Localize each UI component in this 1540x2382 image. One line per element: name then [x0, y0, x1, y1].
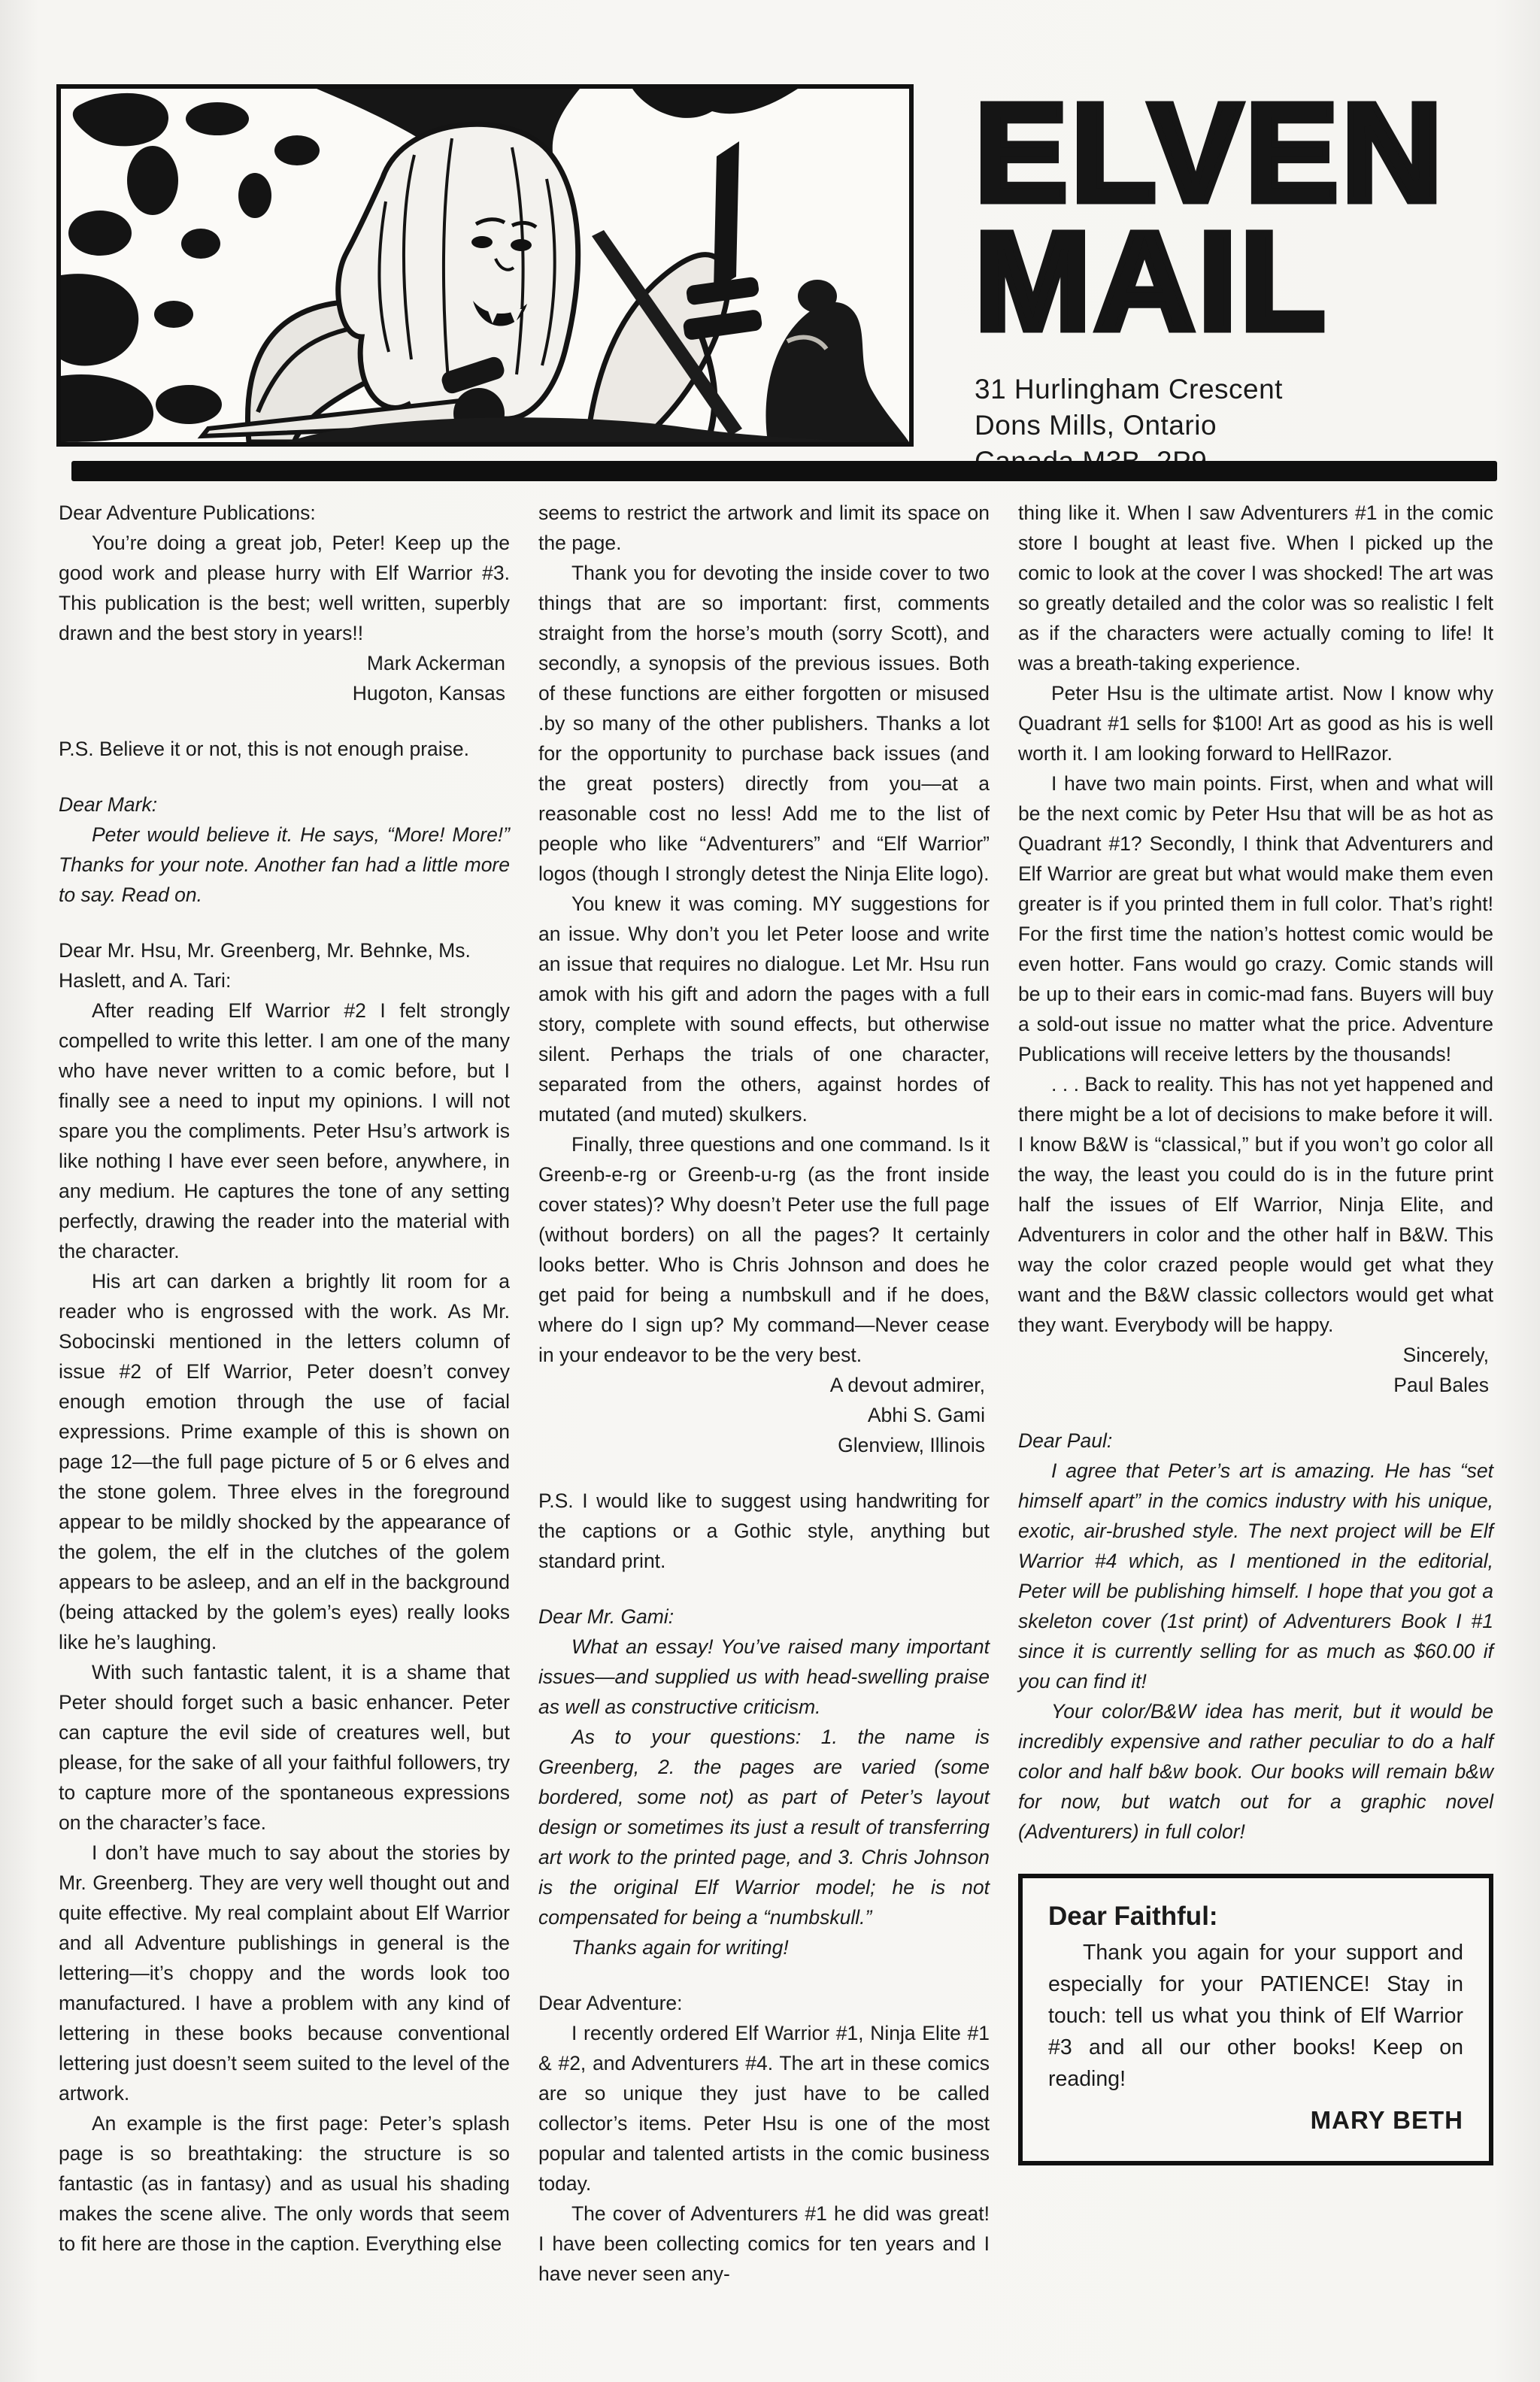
letter-sig: Glenview, Illinois	[538, 1430, 990, 1460]
letters-column-2-blocks: seems to restrict the artwork and limit …	[538, 498, 990, 2289]
letter-reply-body: I agree that Peter’s art is amazing. He …	[1018, 1456, 1493, 1696]
letter-body: An example is the first page: Peter’s sp…	[59, 2108, 510, 2259]
letter-body: I recently ordered Elf Warrior #1, Ninja…	[538, 2018, 990, 2199]
letter-salutation: Dear Mr. Hsu, Mr. Greenberg, Mr. Behnke,…	[59, 935, 510, 996]
letter-reply-body: Your color/B&W idea has merit, but it wo…	[1018, 1696, 1493, 1847]
letter-body: . . . Back to reality. This has not yet …	[1018, 1069, 1493, 1340]
letter-reply-body: As to your questions: 1. the name is Gre…	[538, 1722, 990, 1932]
letters-column-1: Dear Adventure Publications:You’re doing…	[59, 498, 510, 2259]
letter-reply-body: Thanks again for writing!	[538, 1932, 990, 1962]
letter-salutation: Dear Adventure Publications:	[59, 498, 510, 528]
letter-ps: P.S. Believe it or not, this is not enou…	[59, 734, 510, 764]
letters-column-1-blocks: Dear Adventure Publications:You’re doing…	[59, 498, 510, 2259]
letter-reply-body: Peter would believe it. He says, “More! …	[59, 820, 510, 910]
editor-note-heading: Dear Faithful:	[1048, 1901, 1463, 1932]
masthead: ELVEN MAIL 31 Hurlingham Crescent Dons M…	[975, 89, 1508, 480]
letter-sig: Abhi S. Gami	[538, 1400, 990, 1430]
editor-note-signature: MARY BETH	[1048, 2105, 1463, 2135]
header-artwork-panel	[56, 84, 914, 447]
letter-body: Peter Hsu is the ultimate artist. Now I …	[1018, 678, 1493, 768]
letter-body: I don’t have much to say about the stori…	[59, 1838, 510, 2108]
letter-body: I have two main points. First, when and …	[1018, 768, 1493, 1069]
editor-note-box: Dear Faithful: Thank you again for your …	[1018, 1874, 1493, 2165]
letter-body: You knew it was coming. MY suggestions f…	[538, 889, 990, 1129]
letter-ps: P.S. I would like to suggest using handw…	[538, 1486, 990, 1576]
letters-column-2: seems to restrict the artwork and limit …	[538, 498, 990, 2289]
letter-body: You’re doing a great job, Peter! Keep up…	[59, 528, 510, 648]
letter-sig: Mark Ackerman	[59, 648, 510, 678]
page-title: ELVEN MAIL	[975, 89, 1508, 346]
letter-reply-salutation: Dear Mark:	[59, 789, 510, 820]
address-line: Dons Mills, Ontario	[975, 408, 1508, 444]
letter-cont: seems to restrict the artwork and limit …	[538, 498, 990, 558]
letter-body: The cover of Adventurers #1 he did was g…	[538, 2199, 990, 2289]
letter-body: Finally, three questions and one command…	[538, 1129, 990, 1370]
letter-body: Thank you for devoting the inside cover …	[538, 558, 990, 889]
page-title-line1: ELVEN	[975, 89, 1508, 217]
letters-column-3-blocks: thing like it. When I saw Adventurers #1…	[1018, 498, 1493, 1847]
letter-sig: A devout admirer,	[538, 1370, 990, 1400]
letter-cont: thing like it. When I saw Adventurers #1…	[1018, 498, 1493, 678]
letter-body: After reading Elf Warrior #2 I felt stro…	[59, 996, 510, 1266]
elf-warrior-illustration	[61, 89, 909, 442]
letter-body: His art can darken a brightly lit room f…	[59, 1266, 510, 1657]
editor-note-body: Thank you again for your support and esp…	[1048, 1937, 1463, 2095]
letter-reply-body: What an essay! You’ve raised many import…	[538, 1632, 990, 1722]
page-title-line2: MAIL	[975, 217, 1508, 346]
letter-reply-salutation: Dear Mr. Gami:	[538, 1602, 990, 1632]
letter-body: With such fantastic talent, it is a sham…	[59, 1657, 510, 1838]
address-line: 31 Hurlingham Crescent	[975, 371, 1508, 408]
letter-sig: Paul Bales	[1018, 1370, 1493, 1400]
letter-reply-salutation: Dear Paul:	[1018, 1426, 1493, 1456]
letters-column-3: thing like it. When I saw Adventurers #1…	[1018, 498, 1493, 2165]
letter-sig: Sincerely,	[1018, 1340, 1493, 1370]
letter-sig: Hugoton, Kansas	[59, 678, 510, 708]
divider-rule	[71, 461, 1497, 481]
letter-salutation: Dear Adventure:	[538, 1988, 990, 2018]
